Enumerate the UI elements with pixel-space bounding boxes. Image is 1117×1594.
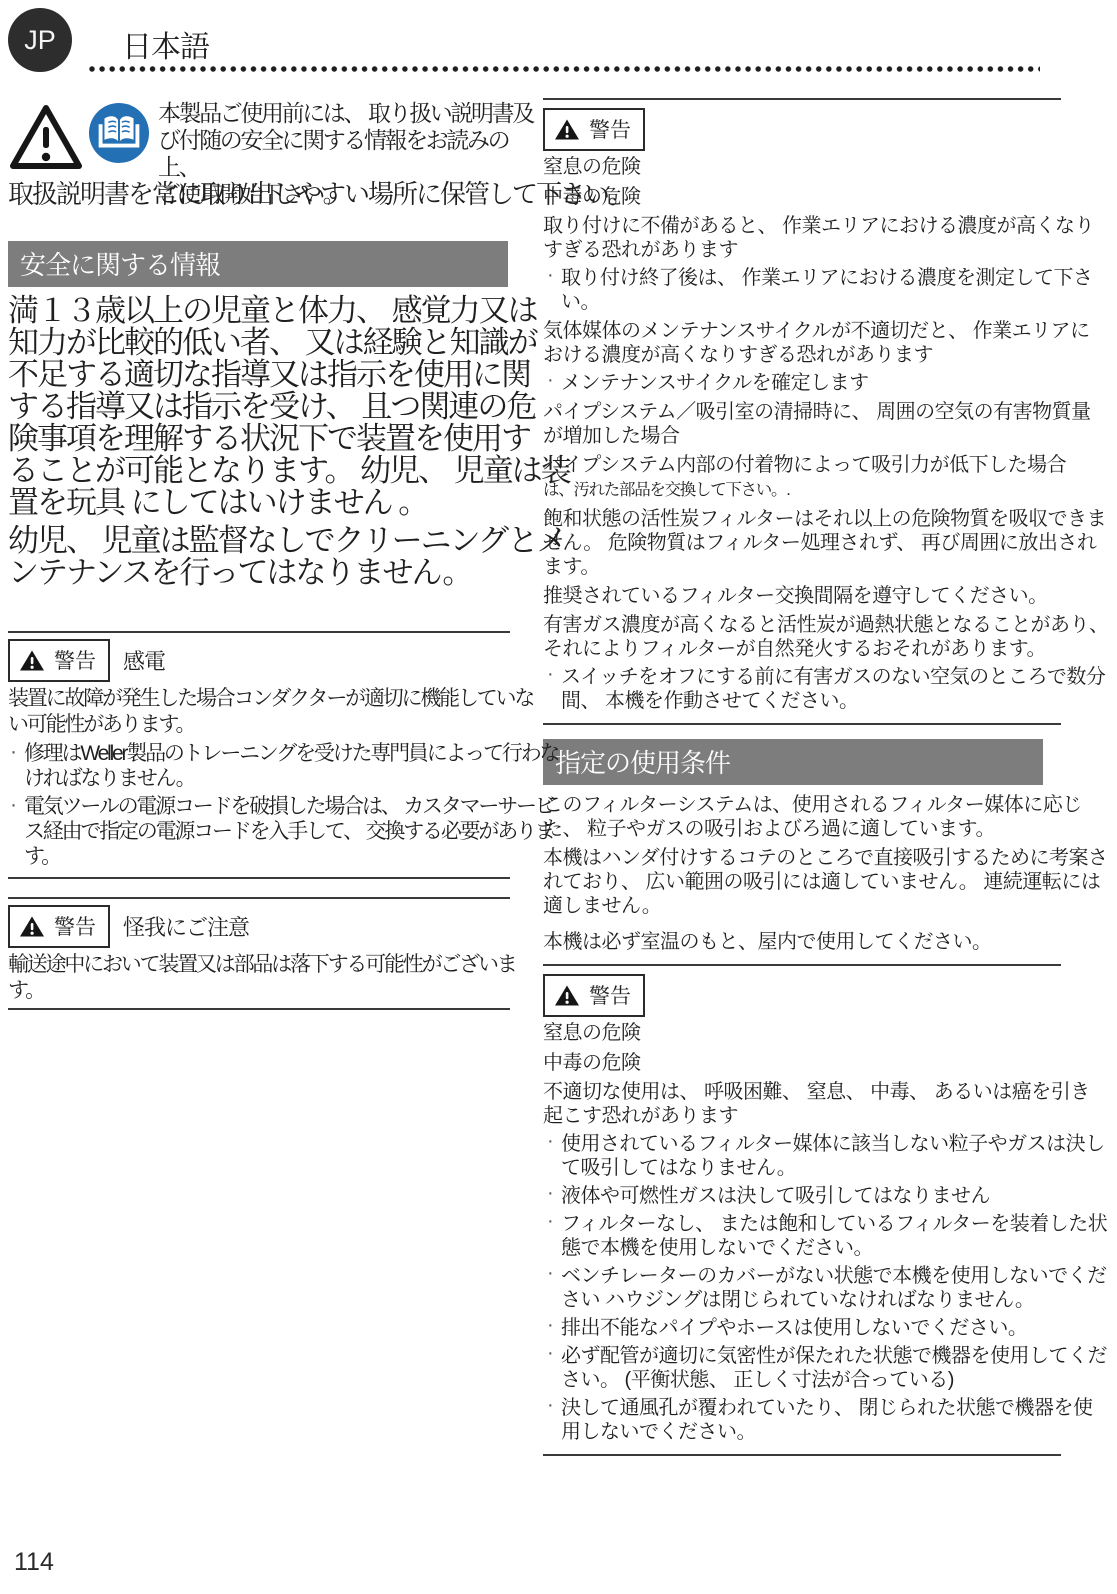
warning-bullet: メンテナンスサイクルを確定します (543, 371, 1109, 395)
warning-bullet: 使用されているフィルター媒体に該当しない粒子やガスは決して吸引してはなりません。 (543, 1132, 1109, 1180)
section-divider (543, 964, 1061, 966)
section-divider (543, 98, 1061, 100)
section-divider (8, 897, 510, 899)
usage-paragraph: このフィルターシステムは、使用されるフィルター媒体に応じた、 粒子やガスの吸引お… (543, 793, 1109, 841)
section-divider (8, 631, 510, 633)
right-column: 警告 窒息の危険 中毒の危険 取り付けに不備があると、 作業エリアにおける濃度が… (543, 98, 1109, 1456)
warning-label: 警告 (54, 911, 96, 941)
page-title: 日本語 (122, 22, 209, 66)
read-manual-notice: 本製品ご使用前には、 取り扱い説明書及 び付随の安全に関する情報をお読みの上、 … (8, 100, 548, 172)
usage-paragraph: 本機はハンダ付けするコテのところで直接吸引するために考案されており、 広い範囲の… (543, 846, 1109, 918)
safety-paragraph-supervision: 幼児、 児童は監督なしでクリーニングとメ ンテナンスを行ってはなりません。 (8, 525, 608, 589)
warning-bullet: 決して通風孔が覆われていたり、 閉じられた状態で機器を使用しないでください。 (543, 1396, 1109, 1444)
warning-box: 警告 (543, 108, 645, 151)
section-divider (543, 1454, 1061, 1456)
usage-paragraph: 本機は必ず室温のもと、屋内で使用してください。 (543, 930, 1109, 954)
section-divider (8, 877, 510, 879)
left-column: 本製品ご使用前には、 取り扱い説明書及 び付随の安全に関する情報をお読みの上、 … (8, 100, 548, 1010)
warning-paragraph: 有害ガス濃度が高くなると活性炭が過熱状態となることがあり、 それによりフィルター… (543, 613, 1109, 661)
warning-bullet: 電気ツールの電源コードを破損した場合は、 カスタマーサービス経由で指定の電源コー… (8, 794, 564, 869)
warning-bullet: ベンチレーターのカバーがない状態で本機を使用しないでください ハウジングは閉じら… (543, 1264, 1109, 1312)
section-header-usage: 指定の使用条件 (543, 739, 1043, 785)
language-badge: JP (8, 8, 72, 72)
read-notice-text: 本製品ご使用前には、 取り扱い説明書及 び付随の安全に関する情報をお読みの上、 … (158, 100, 548, 208)
warning-box-injury: 警告 怪我にご注意 (8, 905, 548, 948)
warning-body: 輸送途中において装置又は部品は落下する可能性がございます。 (8, 952, 548, 1004)
section-divider (543, 723, 1061, 725)
dotted-divider (88, 64, 1040, 74)
warning-bullet: 排出不能なパイプやホースは使用しないでください。 (543, 1316, 1109, 1340)
warning-bullet: 修理はWeller製品のトレーニングを受けた専門員によって行わなければなりません… (8, 741, 564, 791)
warning-paragraph: パイプシステム内部の付着物によって吸引力が低下した場合は、汚れた部品を交換して下… (543, 453, 1109, 502)
warning-subtitle-electric: 感電 (123, 645, 165, 676)
warning-triangle-icon (554, 118, 580, 141)
warning-box-electric: 警告 感電 (8, 639, 548, 682)
warning-bullet: 液体や可燃性ガスは決して吸引してはなりません (543, 1184, 1109, 1208)
warning-label: 警告 (589, 114, 631, 144)
warning-triangle-icon (8, 102, 84, 177)
safety-paragraph-age: 満１３歳以上の児童と体力、 感覚力又は 知力が比較的低い者、 又は経験と知識が … (8, 295, 608, 519)
hazard-line: 中毒の危険 (543, 1051, 1109, 1075)
page-number: 114 (14, 1548, 54, 1577)
warning-box: 警告 (8, 905, 110, 948)
read-manual-icon (88, 102, 150, 169)
warning-bullet: 取り付け終了後は、 作業エリアにおける濃度を測定して下さい。 (543, 266, 1109, 314)
warning-label: 警告 (589, 980, 631, 1010)
warning-bullet: スイッチをオフにする前に有害ガスのない空気のところで数分間、 本機を作動させてく… (543, 665, 1109, 713)
warning-paragraph: 推奨されているフィルター交換間隔を遵守してください。 (543, 584, 1109, 608)
hazard-line: 窒息の危険 (543, 1021, 1109, 1045)
language-badge-label: JP (24, 25, 56, 56)
warning-paragraph: 不適切な使用は、 呼吸困難、 窒息、 中毒、 あるいは癌を引き起こす恐れがありま… (543, 1080, 1109, 1128)
warning-triangle-icon (19, 915, 45, 938)
warning-box-usage: 警告 (543, 974, 1109, 1017)
warning-paragraph: 飽和状態の活性炭フィルターはそれ以上の危険物質を吸収できません。 危険物質はフィ… (543, 507, 1109, 579)
warning-bullet: 必ず配管が適切に気密性が保たれた状態で機器を使用してください。 (平衡状態、 正… (543, 1344, 1109, 1392)
section-divider (8, 1008, 510, 1010)
warning-triangle-icon (19, 649, 45, 672)
paragraph-line: パイプシステム内部の付着物によって吸引力が低下した場合 (543, 454, 1066, 476)
warning-paragraph: 気体媒体のメンテナンスサイクルが不適切だと、 作業エリアにおける濃度が高くなりす… (543, 319, 1109, 367)
hazard-line: 窒息の危険 (543, 155, 1109, 179)
manual-page: JP 日本語 本製品ご使用前には、 取り扱い説明 (0, 0, 1117, 1594)
warning-subtitle-injury: 怪我にご注意 (123, 911, 249, 942)
warning-bullet: フィルターなし、 または飽和しているフィルターを装着した状態で本機を使用しないで… (543, 1212, 1109, 1260)
warning-label: 警告 (54, 645, 96, 675)
section-header-safety: 安全に関する情報 (8, 241, 508, 287)
warning-triangle-icon (554, 984, 580, 1007)
warning-box: 警告 (543, 974, 645, 1017)
warning-box: 警告 (8, 639, 110, 682)
warning-paragraph: 取り付けに不備があると、 作業エリアにおける濃度が高くなりすぎる恐れがあります (543, 214, 1109, 262)
warning-body: 装置に故障が発生した場合コンダクターが適切に機能していない可能性があります。 (8, 686, 548, 738)
warning-paragraph: パイプシステム／吸引室の清掃時に、 周囲の空気の有害物質量が増加した場合 (543, 400, 1109, 448)
warning-box-installation: 警告 (543, 108, 1109, 151)
